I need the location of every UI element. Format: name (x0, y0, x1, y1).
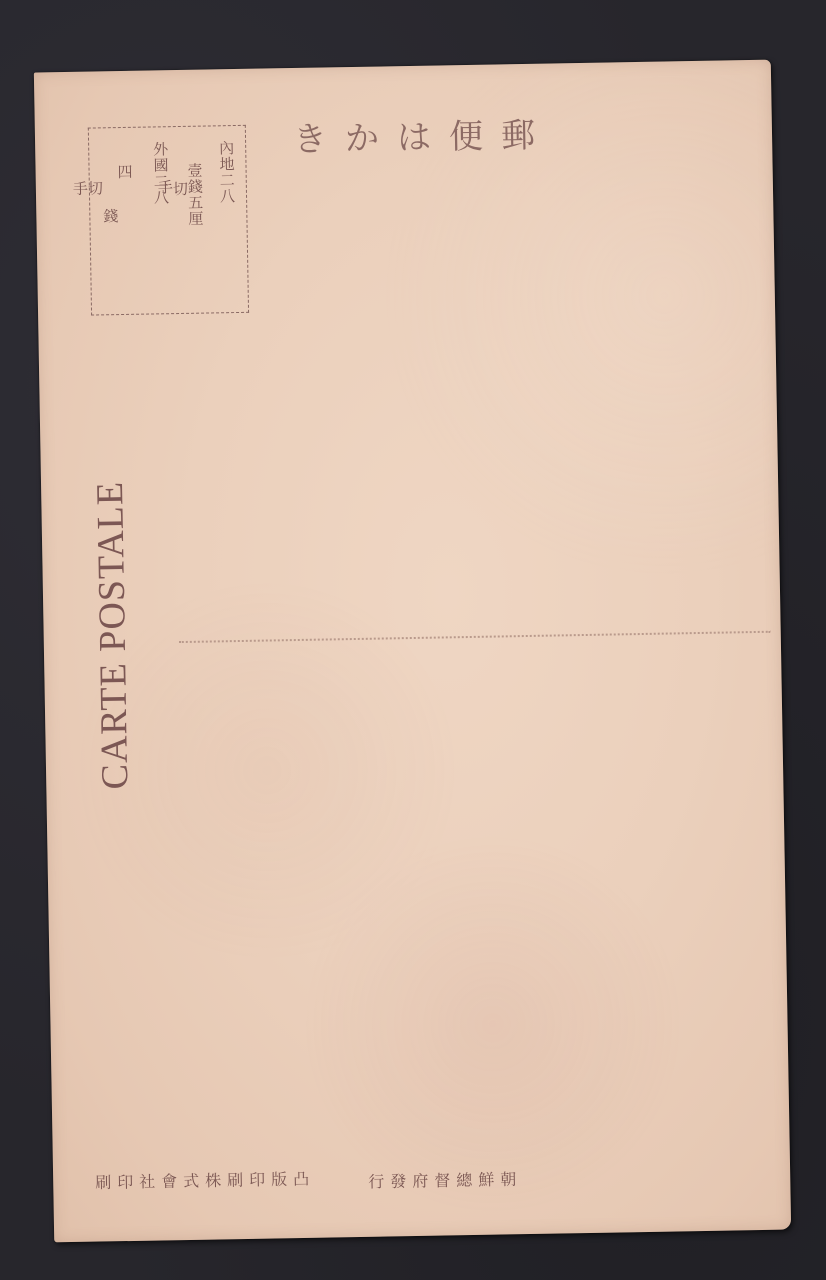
printer-credit: 刷印社會式株刷印版凸 (95, 1166, 315, 1193)
stamp-text-line: 內地二八 (218, 140, 234, 204)
stamp-text-line: 外國二八 (152, 141, 168, 205)
stamp-placement-box: 內地二八 壹錢五厘 切 手 外國二八 四 錢 切 手 (88, 125, 249, 316)
postcard: 內地二八 壹錢五厘 切 手 外國二八 四 錢 切 手 きかは便郵 CARTE P… (34, 60, 791, 1243)
stamp-text-line: 手 (72, 181, 88, 225)
dotted-divider-line (179, 631, 771, 643)
postcard-title: きかは便郵 (283, 107, 564, 161)
stamp-text-line: 切 (87, 180, 103, 224)
stamp-text-foreign-label: 外國二八 (152, 141, 168, 205)
carte-postale-label: CARTE POSTALE (88, 481, 137, 790)
stamp-text-domestic-label: 內地二八 (218, 140, 234, 204)
stamp-text-line: 錢 (102, 208, 117, 224)
publisher-credit: 行發府督總鮮朝 (368, 1167, 522, 1193)
stamp-text-foreign-rate: 四 錢 切 手 (71, 164, 132, 225)
